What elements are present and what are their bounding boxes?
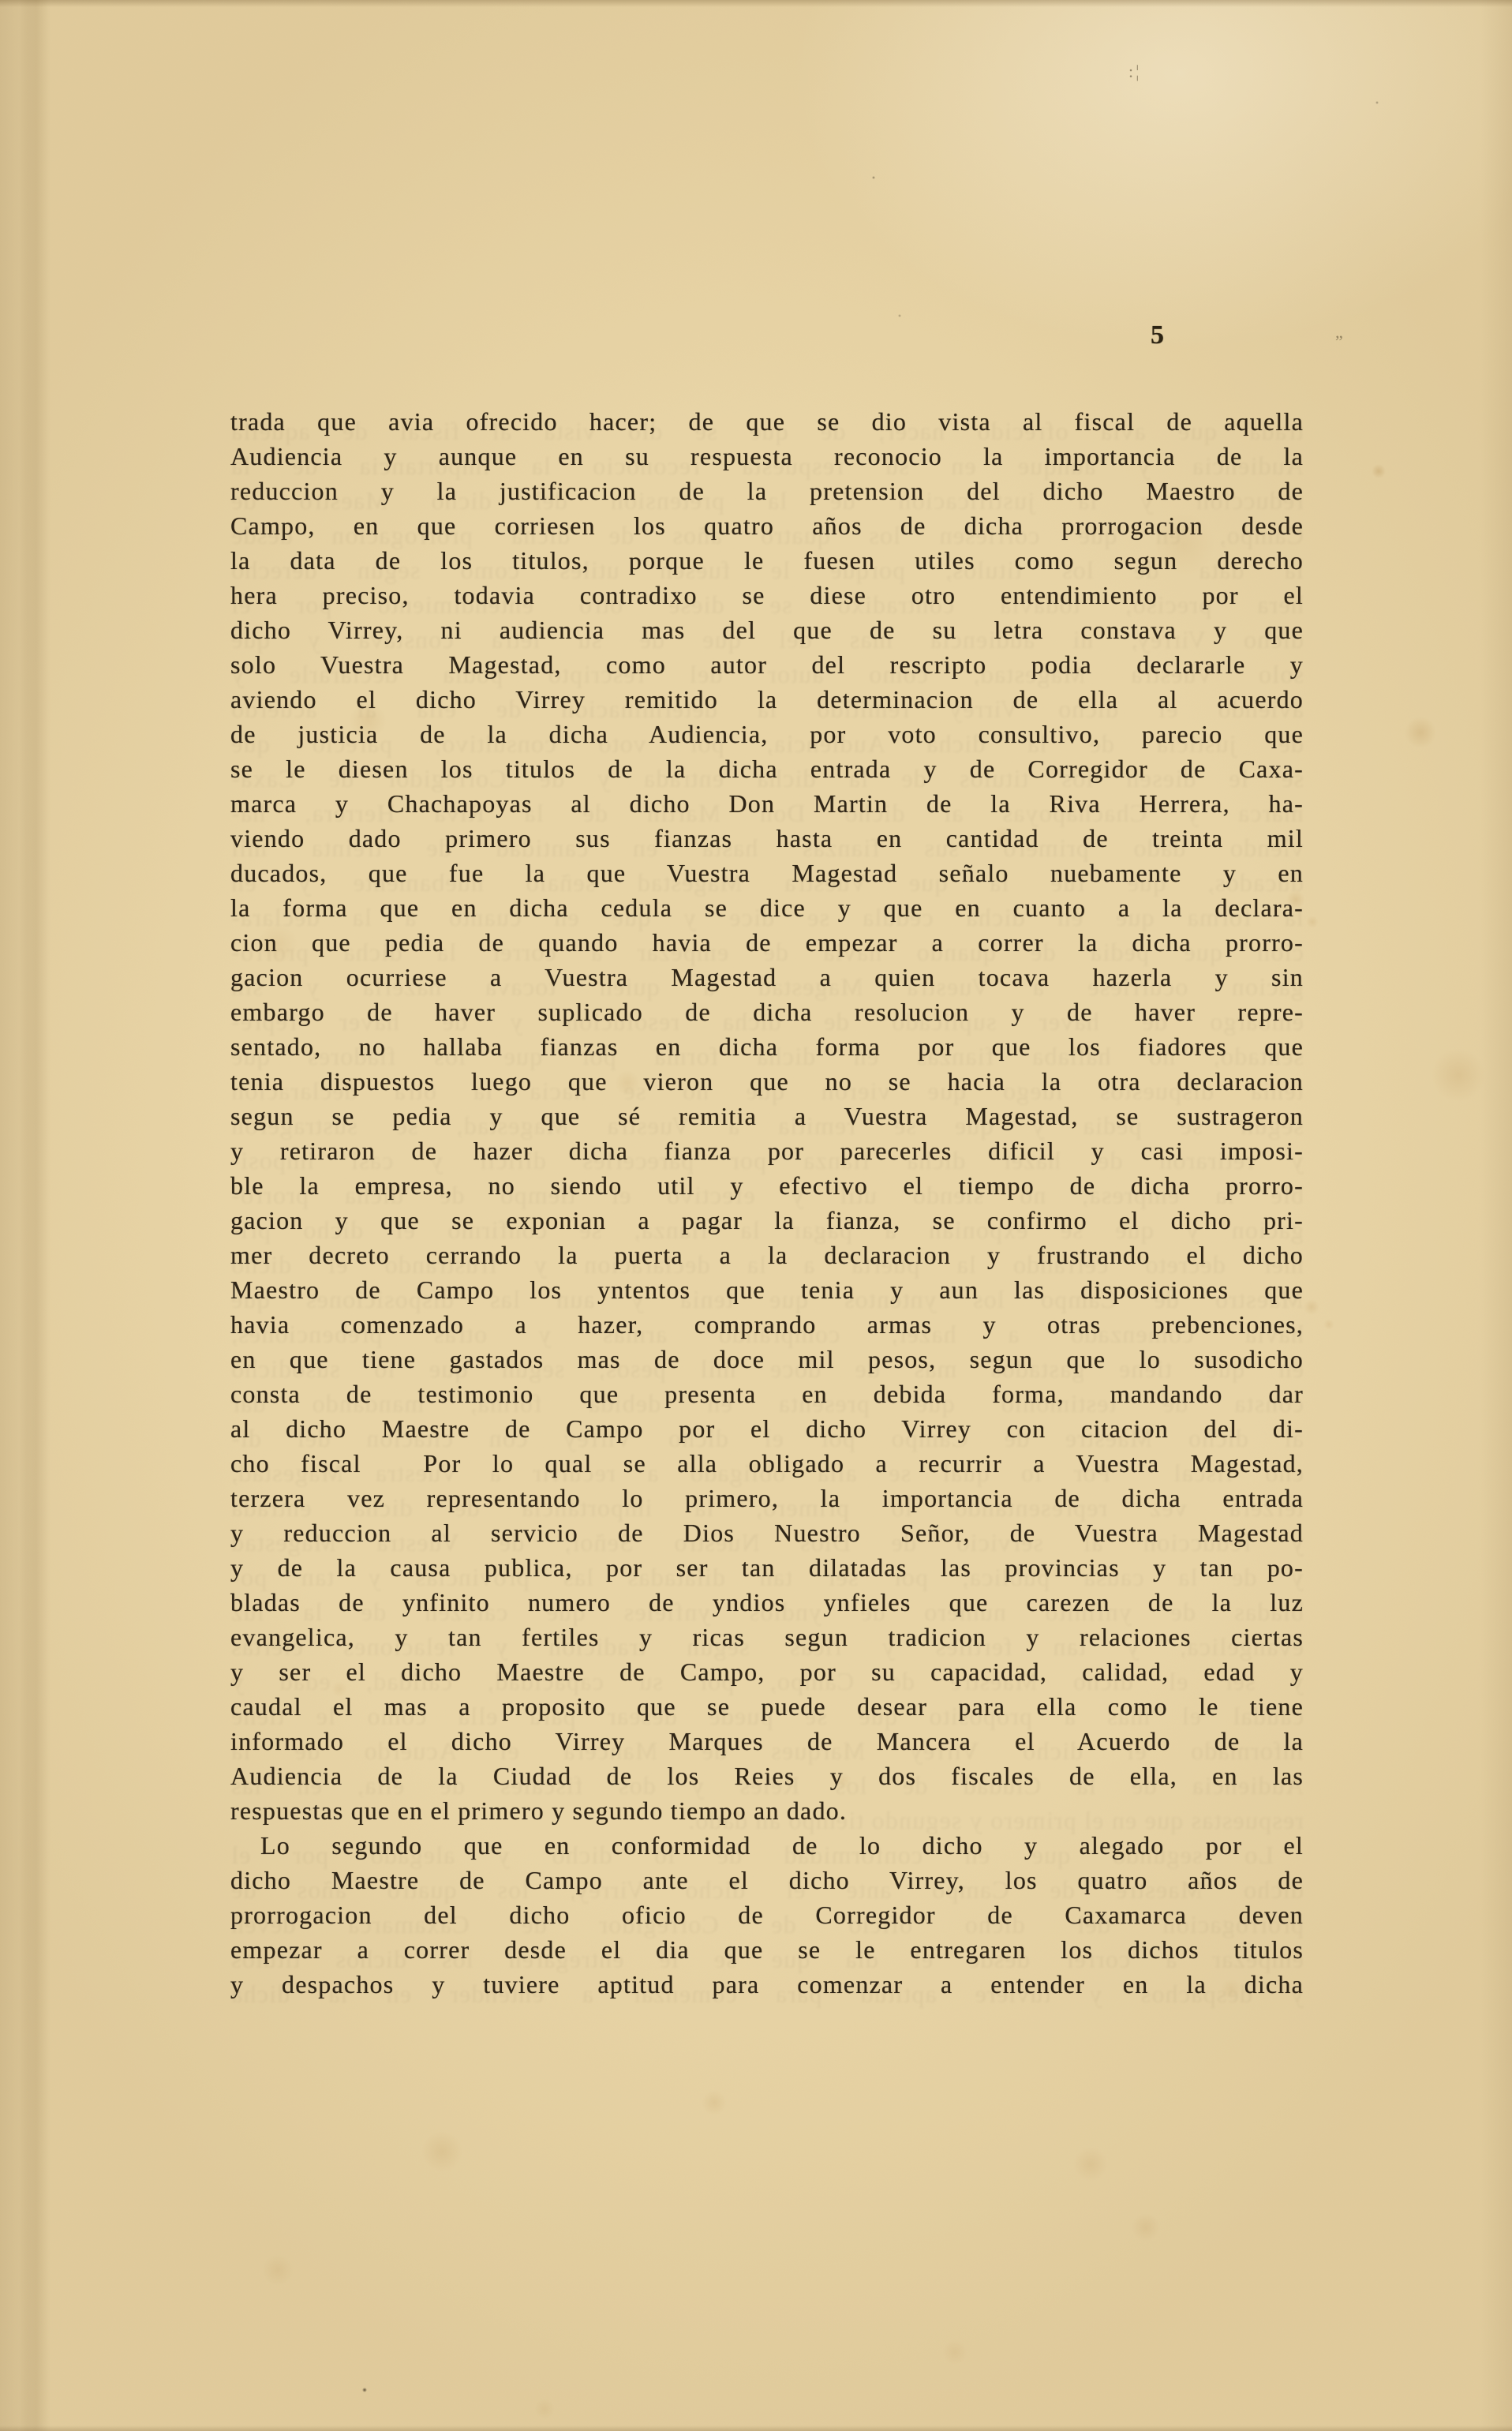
- stray-ink-mark: „: [1335, 322, 1345, 343]
- text-line: y ser el dicho Maestre de Campo, por su …: [230, 1654, 1304, 1689]
- text-line: hera preciso, todavia contradixo se dies…: [230, 578, 1304, 612]
- text-line: trada que avia ofrecido hacer; de que se…: [230, 404, 1304, 439]
- text-line: Campo, en que corriesen los quatro años …: [230, 508, 1304, 543]
- text-line: Audiencia de la Ciudad de los Reies y do…: [230, 1759, 1304, 1793]
- text-line: reduccion y la justificacion de la prete…: [230, 474, 1304, 508]
- text-line: prorrogacion del dicho oficio de Corregi…: [230, 1897, 1304, 1932]
- text-line: la data de los titulos, porque le fuesen…: [230, 543, 1304, 578]
- text-line: terzera vez representando lo primero, la…: [230, 1481, 1304, 1515]
- text-line: y retiraron de hazer dicha fianza por pa…: [230, 1133, 1304, 1168]
- text-line: havia comenzado a hazer, comprando armas…: [230, 1307, 1304, 1342]
- text-line: al dicho Maestre de Campo por el dicho V…: [230, 1411, 1304, 1446]
- text-line: y de la causa publica, por ser tan dilat…: [230, 1550, 1304, 1585]
- text-line: se le diesen los titulos de la dicha ent…: [230, 751, 1304, 786]
- text-line: bladas de ynfinito numero de yndios ynfi…: [230, 1585, 1304, 1620]
- text-line: en que tiene gastados mas de doce mil pe…: [230, 1342, 1304, 1377]
- text-line: aviendo el dicho Virrey remitido la dete…: [230, 682, 1304, 717]
- paragraph: trada que avia ofrecido hacer; de que se…: [230, 404, 1304, 1828]
- text-line: solo Vuestra Magestad, como autor del re…: [230, 647, 1304, 682]
- text-line: de justicia de la dicha Audiencia, por v…: [230, 717, 1304, 751]
- text-line: ducados, que fue la que Vuestra Magestad…: [230, 856, 1304, 890]
- text-line: segun se pedia y que sé remitia a Vuestr…: [230, 1099, 1304, 1133]
- text-line: cho fiscal Por lo qual se alla obligado …: [230, 1446, 1304, 1481]
- paragraph: Lo segundo que en conformidad de lo dich…: [230, 1828, 1304, 2002]
- text-line: informado el dicho Virrey Marques de Man…: [230, 1724, 1304, 1759]
- text-line: embargo de haver suplicado de dicha reso…: [230, 994, 1304, 1029]
- text-line: y reduccion al servicio de Dios Nuestro …: [230, 1515, 1304, 1550]
- text-line: ble la empresa, no siendo util y efectiv…: [230, 1168, 1304, 1203]
- text-line: marca y Chachapoyas al dicho Don Martin …: [230, 786, 1304, 821]
- text-line: caudal el mas a proposito que se puede d…: [230, 1689, 1304, 1724]
- text-line: consta de testimonio que presenta en deb…: [230, 1377, 1304, 1411]
- text-line: gacion y que se exponian a pagar la fian…: [230, 1203, 1304, 1238]
- scanned-page: 5 trada que avia ofrecido hacer; de que …: [0, 0, 1512, 2431]
- text-line: gacion ocurriese a Vuestra Magestad a qu…: [230, 960, 1304, 994]
- text-line: dicho Virrey, ni audiencia mas del que d…: [230, 612, 1304, 647]
- text-line: evangelica, y tan fertiles y ricas segun…: [230, 1620, 1304, 1654]
- text-line: cion que pedia de quando havia de empeza…: [230, 925, 1304, 960]
- text-line: empezar a correr desde el dia que se le …: [230, 1932, 1304, 1967]
- text-line: Maestro de Campo los yntentos que tenia …: [230, 1272, 1304, 1307]
- text-line: Lo segundo que en conformidad de lo dich…: [230, 1828, 1304, 1863]
- text-line: Audiencia y aunque en su respuesta recon…: [230, 439, 1304, 474]
- page-number: 5: [1151, 320, 1164, 350]
- text-line: dicho Maestre de Campo ante el dicho Vir…: [230, 1863, 1304, 1897]
- text-line: viendo dado primero sus fianzas hasta en…: [230, 821, 1304, 856]
- text-line: y despachos y tuviere aptitud para comen…: [230, 1967, 1304, 2002]
- text-line: respuestas que en el primero y segundo t…: [230, 1793, 1304, 1828]
- stray-ink-mark: :¦: [1128, 62, 1142, 82]
- text-line: mer decreto cerrando la puerta a la decl…: [230, 1238, 1304, 1272]
- document-text-block: trada que avia ofrecido hacer; de que se…: [230, 404, 1304, 2002]
- text-line: la forma que en dicha cedula se dice y q…: [230, 890, 1304, 925]
- text-line: sentado, no hallaba fianzas en dicha for…: [230, 1029, 1304, 1064]
- text-line: tenia dispuestos luego que vieron que no…: [230, 1064, 1304, 1099]
